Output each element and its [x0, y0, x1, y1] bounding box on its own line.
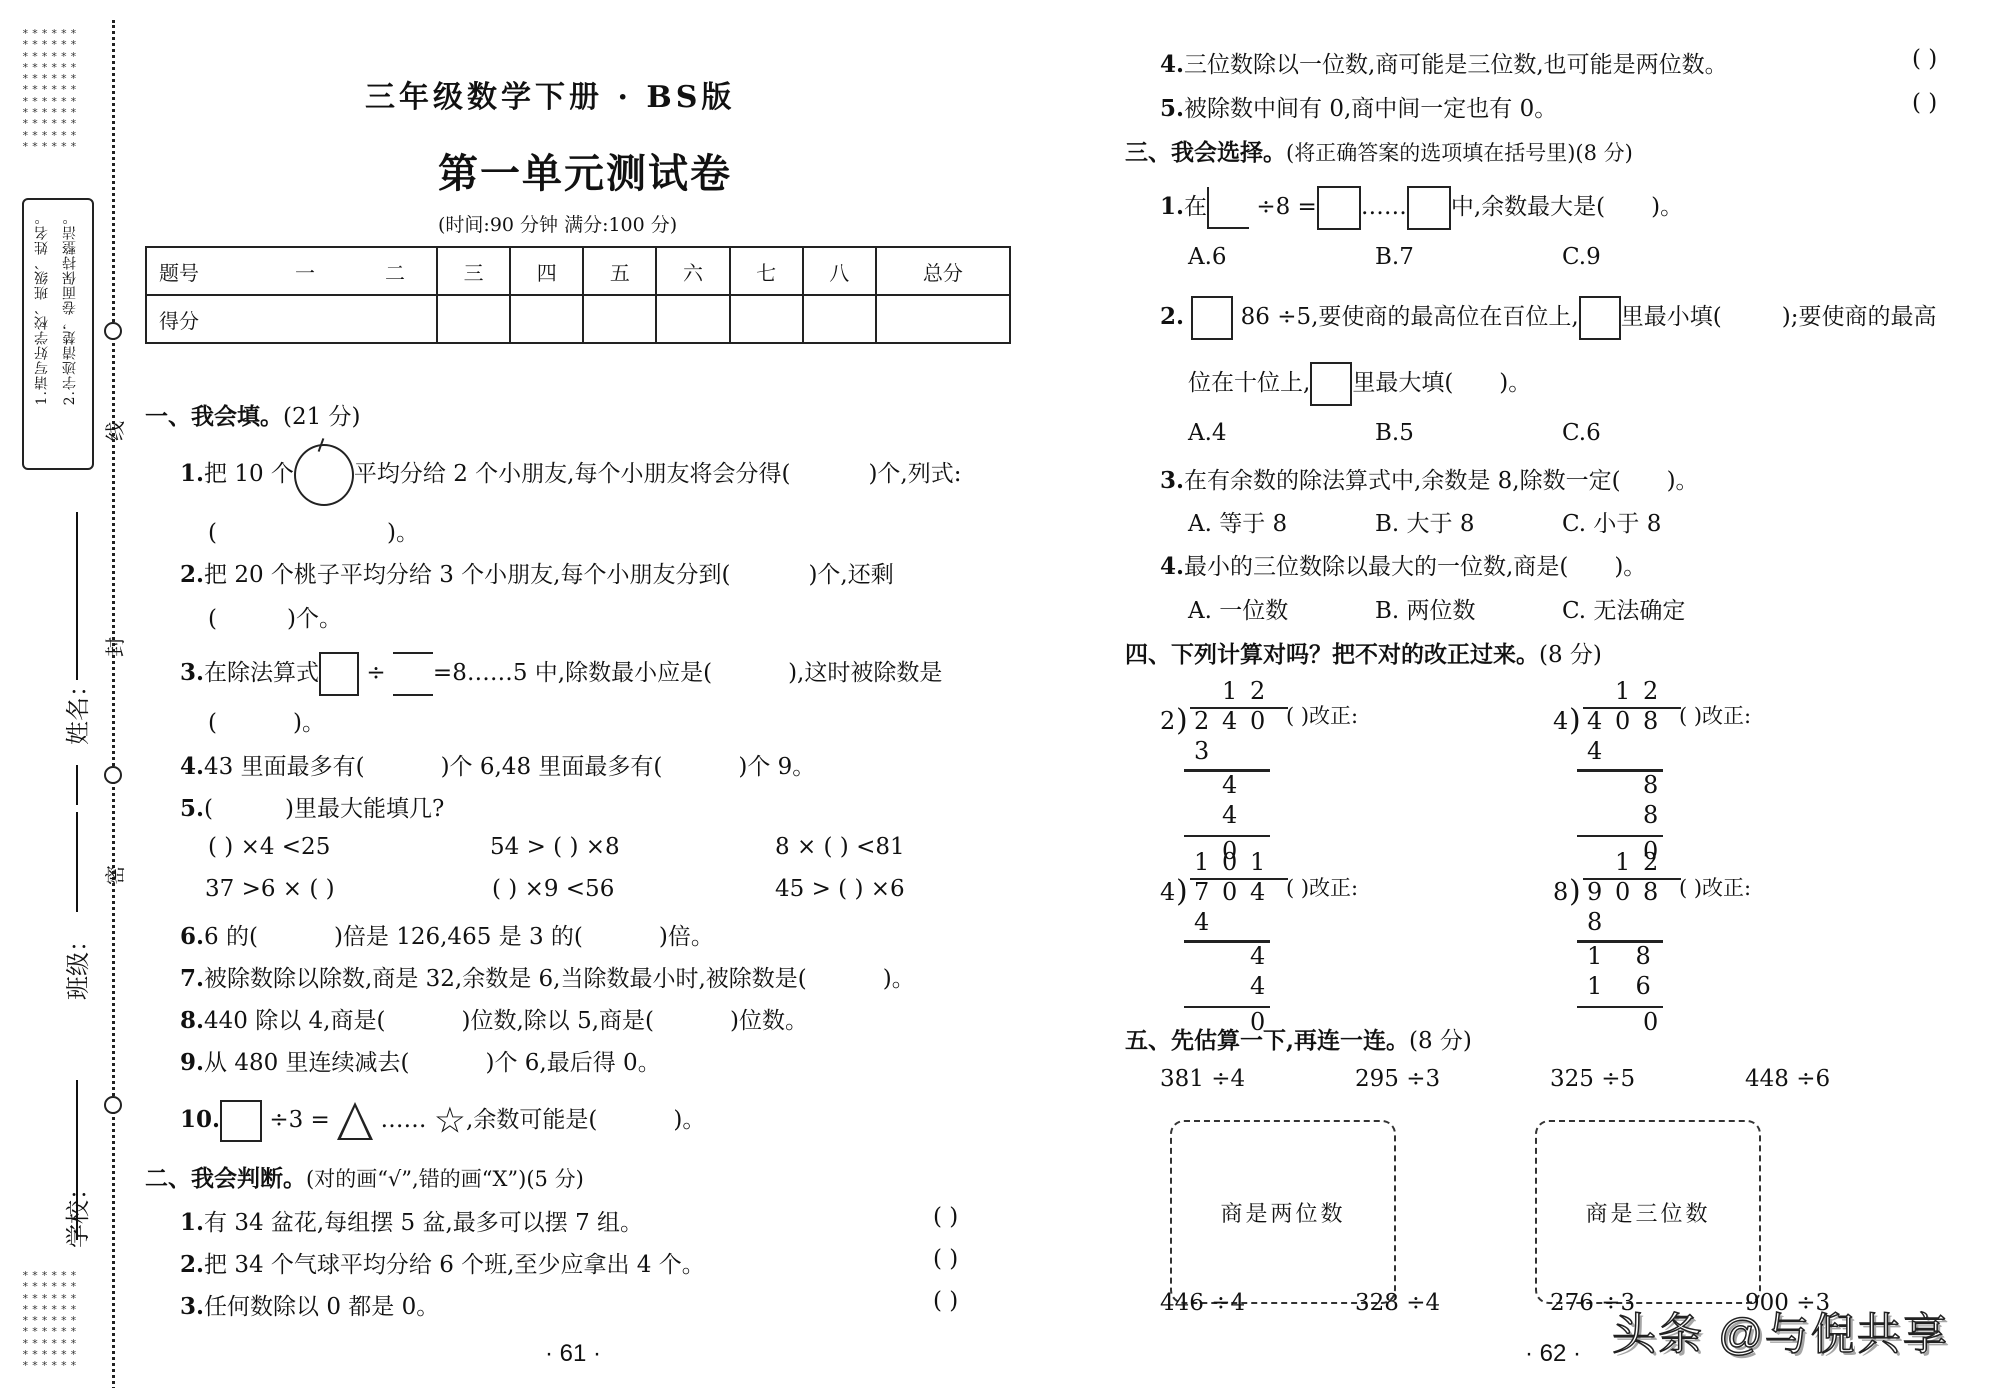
seal-ring-3 — [104, 1096, 122, 1114]
s1-q9: 9.从 480 里连续减去()个 6,最后得 0。 — [180, 1044, 661, 1077]
s1-q5-item[interactable]: 37 >6 × ( ) — [205, 876, 335, 902]
answer-box[interactable] — [1207, 187, 1249, 229]
score-cell[interactable] — [656, 295, 729, 343]
s1-q2: 2.把 20 个桃子平均分给 3 个小朋友,每个小朋友分到()个,还剩 — [180, 556, 894, 589]
option[interactable]: A. 等于 8 — [1188, 505, 1287, 538]
estimate-expr-bottom[interactable]: 446 ÷4 — [1160, 1290, 1245, 1316]
s1-q5-item[interactable]: ( ) ×9 <56 — [492, 876, 614, 902]
estimate-expr-top[interactable]: 381 ÷4 — [1160, 1066, 1245, 1092]
s1-q3: 3.在除法算式 ÷ =8……5 中,除数最小应是(),这时被除数是 — [180, 652, 942, 696]
field-label-school: 学校： — [58, 1176, 93, 1248]
book-series-title: 三年级数学下册 · BS版 — [365, 72, 735, 116]
judge-answer-paren[interactable]: ( ) — [1912, 46, 1937, 72]
section1-title: 一、我会填。(21 分) — [145, 398, 361, 431]
score-cell[interactable] — [510, 295, 583, 343]
s2-item: 1.有 34 盆花,每组摆 5 盆,最多可以摆 7 组。 — [180, 1204, 643, 1237]
answer-box[interactable] — [220, 1100, 262, 1142]
answer-box[interactable] — [1407, 186, 1451, 230]
s1-q5-item[interactable]: ( ) ×4 <25 — [208, 834, 330, 860]
instruction-line-1: 1.请写好学校、班级、姓名。 — [32, 210, 52, 405]
answer-box[interactable] — [1579, 296, 1621, 340]
section5-title: 五、先估算一下,再连一连。(8 分) — [1125, 1022, 1472, 1055]
answer-box[interactable] — [1310, 362, 1352, 406]
watermark: 头条 @与倪共享 — [1612, 1298, 1949, 1362]
section4-title: 四、下列计算对吗？把不对的改正过来。(8 分) — [1125, 636, 1602, 669]
option[interactable]: B. 两位数 — [1375, 592, 1476, 625]
option[interactable]: C. 无法确定 — [1562, 592, 1685, 625]
score-header-cell: 二 — [354, 247, 437, 295]
judge-answer-paren[interactable]: ( ) — [1912, 90, 1937, 116]
score-header-cell: 三 — [437, 247, 510, 295]
s1-q5: 5.()里最大能填几? — [180, 790, 444, 823]
option[interactable]: A. 一位数 — [1188, 592, 1288, 625]
score-cell[interactable] — [437, 295, 510, 343]
score-header-cell: 四 — [510, 247, 583, 295]
exam-meta: (时间:90 分钟 满分:100 分) — [438, 210, 677, 237]
exam-title: 第一单元测试卷 — [438, 142, 732, 199]
correction-prompt[interactable]: ( )改正: — [1286, 872, 1358, 902]
match-box-three-digit[interactable]: 商是三位数 — [1535, 1120, 1761, 1304]
s3-q2: 2. 86 ÷5,要使商的最高位在百位上,里最小填();要使商的最高 — [1160, 296, 1936, 340]
triangle-icon — [337, 1102, 373, 1140]
score-header-cell: 八 — [803, 247, 876, 295]
score-cell[interactable] — [583, 295, 656, 343]
score-header-cell: 六 — [656, 247, 729, 295]
correction-prompt[interactable]: ( )改正: — [1679, 700, 1751, 730]
s1-q2-line2: ()个。 — [208, 600, 342, 633]
option[interactable]: C.6 — [1562, 420, 1601, 446]
s2-item: 3.任何数除以 0 都是 0。 — [180, 1288, 439, 1321]
s3-q4: 4.最小的三位数除以最大的一位数,商是()。 — [1160, 548, 1646, 581]
star-icon: ☆ — [434, 1101, 466, 1142]
score-header-cell: 五 — [583, 247, 656, 295]
page-number-left: · 61 · — [545, 1340, 601, 1368]
long-division-4: 1 2 8 ) 9 0 8 8 1 8 1 6 0 — [1553, 846, 1673, 1146]
s1-q6: 6.6 的()倍是 126,465 是 3 的()倍。 — [180, 918, 714, 951]
judge-answer-paren[interactable]: ( ) — [933, 1246, 958, 1272]
score-cell[interactable] — [730, 295, 803, 343]
score-table-score-row: 得分 — [146, 295, 1010, 343]
field-label-class: 班级： — [58, 928, 93, 1000]
s2-item: 2.把 34 个气球平均分给 6 个班,至少应拿出 4 个。 — [180, 1246, 705, 1279]
option[interactable]: B.5 — [1375, 420, 1414, 446]
s3-q2-line2: 位在十位上,里最大填()。 — [1188, 362, 1531, 406]
s3-q1: 1.在 ÷8 =……中,余数最大是()。 — [1160, 186, 1683, 230]
page-number-right: · 62 · — [1525, 1340, 1581, 1368]
option[interactable]: C.9 — [1562, 244, 1601, 270]
s1-q1: 1.把 10 个平均分给 2 个小朋友,每个小朋友将会分得()个,列式: — [180, 455, 962, 492]
answer-slot[interactable] — [393, 652, 433, 696]
long-division-3: 1 0 1 4 ) 7 0 4 4 4 4 0 — [1160, 846, 1280, 1146]
score-header-cell: 一 — [256, 247, 354, 295]
seal-ring-1 — [104, 322, 122, 340]
score-header-cell: 总分 — [876, 247, 1010, 295]
s1-q7: 7.被除数除以除数,商是 32,余数是 6,当除数最小时,被除数是()。 — [180, 960, 915, 993]
score-table: 题号 一 二 三 四 五 六 七 八 总分 得分 — [145, 246, 1011, 344]
option[interactable]: C. 小于 8 — [1562, 505, 1661, 538]
instruction-line-2: 2.字迹清楚，卷面保持整洁。 — [60, 210, 80, 405]
field-line-class-top[interactable] — [76, 765, 78, 805]
seal-ring-2 — [104, 766, 122, 784]
field-line-class[interactable] — [76, 812, 78, 912]
seal-mark-xian: 线 — [105, 418, 125, 447]
correction-prompt[interactable]: ( )改正: — [1286, 700, 1358, 730]
answer-box[interactable] — [319, 652, 359, 696]
seal-mark-feng: 封 — [105, 634, 125, 663]
s1-q1-line2: ()。 — [208, 514, 419, 547]
option[interactable]: B.7 — [1375, 244, 1414, 270]
estimate-expr-bottom[interactable]: 328 ÷4 — [1355, 1290, 1440, 1316]
decorative-star-grid-bottom: ****** ****** ****** ****** ****** *****… — [22, 1270, 102, 1372]
option[interactable]: A.4 — [1188, 420, 1227, 446]
option[interactable]: A.6 — [1188, 244, 1227, 270]
correction-prompt[interactable]: ( )改正: — [1679, 872, 1751, 902]
s1-q5-item[interactable]: 54 > ( ) ×8 — [490, 834, 620, 860]
s1-q10: 10. ÷3 = …… ☆,余数可能是()。 — [180, 1100, 705, 1142]
s3-q3: 3.在有余数的除法算式中,余数是 8,除数一定()。 — [1160, 462, 1699, 495]
score-cell[interactable] — [803, 295, 876, 343]
s1-q4: 4.43 里面最多有()个 6,48 里面最多有()个 9。 — [180, 748, 815, 781]
decorative-star-grid-top: ****** ****** ****** ****** ****** *****… — [22, 28, 102, 152]
section3-title: 三、我会选择。(将正确答案的选项填在括号里)(8 分) — [1125, 134, 1633, 167]
section2-title: 二、我会判断。(对的画“√”,错的画“X”)(5 分) — [145, 1160, 584, 1193]
s1-q3-line2: ()。 — [208, 704, 325, 737]
instructions-box: 1.请写好学校、班级、姓名。 2.字迹清楚，卷面保持整洁。 — [22, 198, 94, 470]
field-line-name[interactable] — [76, 512, 78, 680]
score-row-label: 得分 — [146, 295, 437, 343]
s2-item: 5.被除数中间有 0,商中间一定也有 0。 — [1160, 90, 1557, 123]
judge-answer-paren[interactable]: ( ) — [933, 1288, 958, 1314]
match-box-two-digit[interactable]: 商是两位数 — [1170, 1120, 1396, 1304]
s1-q5-item[interactable]: 8 × ( ) <81 — [775, 834, 905, 860]
seal-dotted-line — [112, 20, 115, 1388]
option[interactable]: B. 大于 8 — [1375, 505, 1474, 538]
s2-item: 4.三位数除以一位数,商可能是三位数,也可能是两位数。 — [1160, 46, 1728, 79]
estimate-expr-top[interactable]: 325 ÷5 — [1550, 1066, 1635, 1092]
estimate-expr-top[interactable]: 295 ÷3 — [1355, 1066, 1440, 1092]
answer-box[interactable] — [1191, 296, 1233, 340]
apple-icon — [294, 444, 354, 506]
s1-q8: 8.440 除以 4,商是()位数,除以 5,商是()位数。 — [180, 1002, 808, 1035]
s1-q5-item[interactable]: 45 > ( ) ×6 — [775, 876, 905, 902]
seal-mark-mi: 密 — [105, 862, 125, 891]
score-cell[interactable] — [876, 295, 1010, 343]
answer-box[interactable] — [1317, 186, 1361, 230]
score-table-header-row: 题号 一 二 三 四 五 六 七 八 总分 — [146, 247, 1010, 295]
field-label-name: 姓名： — [58, 673, 93, 745]
score-header-cell: 七 — [730, 247, 803, 295]
estimate-expr-top[interactable]: 448 ÷6 — [1745, 1066, 1830, 1092]
judge-answer-paren[interactable]: ( ) — [933, 1204, 958, 1230]
score-header-cell: 题号 — [146, 247, 256, 295]
